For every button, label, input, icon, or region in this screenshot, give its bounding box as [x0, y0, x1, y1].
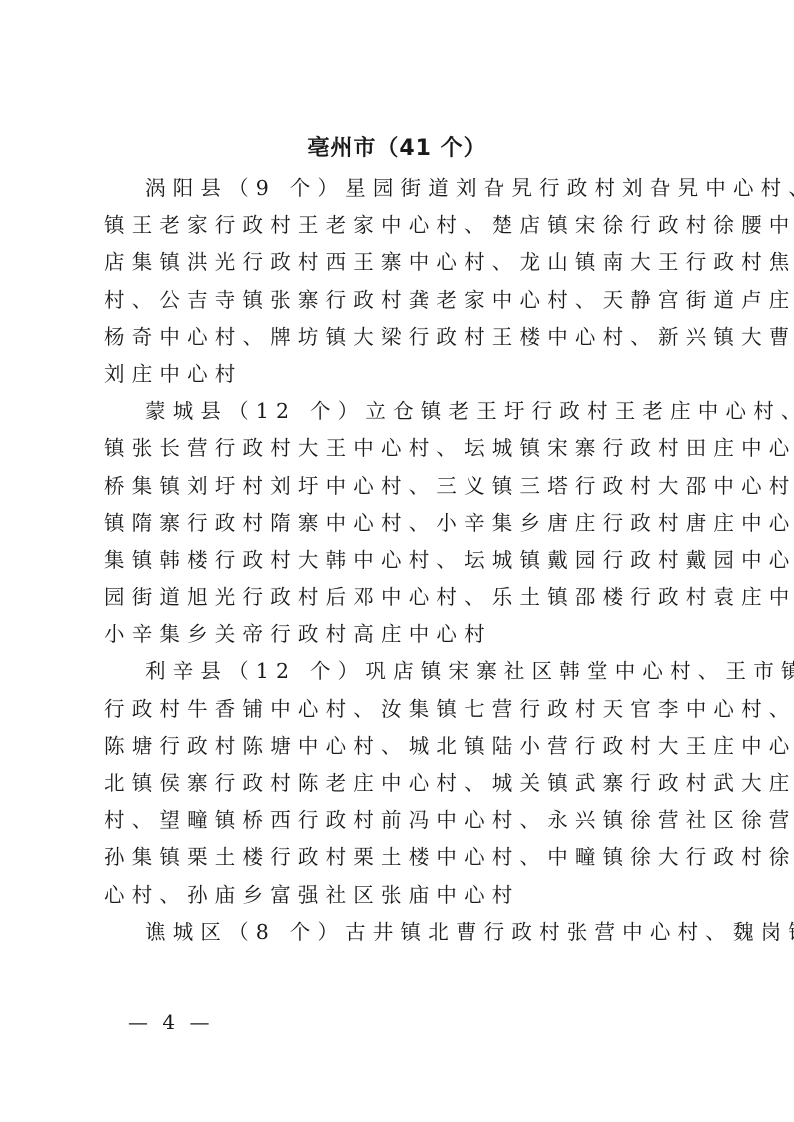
- document-page: 亳州市（41 个） 涡阳县（9 个）星园街道刘旮旯行政村刘旮旯中心村、曹市 镇王…: [0, 0, 794, 1122]
- text-line: 村、望疃镇桥西行政村前冯中心村、永兴镇徐营社区徐营中心村、: [104, 802, 699, 839]
- text-line: 镇张长营行政村大王中心村、坛城镇宋寨行政村田庄中心村、板: [104, 430, 699, 467]
- text-line: 陈塘行政村陈塘中心村、城北镇陆小营行政村大王庄中心村、城: [104, 728, 699, 765]
- text-line: 村、公吉寺镇张寨行政村龚老家中心村、天静宫街道卢庄行政村: [104, 282, 699, 319]
- text-line: 孙集镇栗土楼行政村栗土楼中心村、中疃镇徐大行政村徐大庄中: [104, 839, 699, 876]
- text-line: 镇王老家行政村王老家中心村、楚店镇宋徐行政村徐腰中心村、: [104, 207, 699, 244]
- text-line: 涡阳县（9 个）星园街道刘旮旯行政村刘旮旯中心村、曹市: [104, 170, 699, 207]
- text-line: 杨奇中心村、牌坊镇大梁行政村王楼中心村、新兴镇大曹行政村: [104, 319, 699, 356]
- text-line: 店集镇洪光行政村西王寨中心村、龙山镇南大王行政村焦园中心: [104, 244, 699, 281]
- text-line: 北镇侯寨行政村陈老庄中心村、城关镇武寨行政村武大庄中心: [104, 765, 699, 802]
- text-line: 心村、孙庙乡富强社区张庙中心村: [104, 877, 699, 914]
- text-line: 蒙城县（12 个）立仓镇老王圩行政村王老庄中心村、立仓: [104, 393, 699, 430]
- text-line: 园街道旭光行政村后邓中心村、乐土镇邵楼行政村袁庄中心村、: [104, 579, 699, 616]
- text-line: 桥集镇刘圩村刘圩中心村、三义镇三塔行政村大邵中心村、双涧: [104, 468, 699, 505]
- text-line: 刘庄中心村: [104, 356, 699, 393]
- text-line: 行政村牛香铺中心村、汝集镇七营行政村天官李中心村、胡集镇: [104, 691, 699, 728]
- body-text: 涡阳县（9 个）星园街道刘旮旯行政村刘旮旯中心村、曹市 镇王老家行政村王老家中心…: [104, 170, 699, 951]
- text-line: 镇隋寨行政村隋寨中心村、小辛集乡唐庄行政村唐庄中心村、马: [104, 505, 699, 542]
- text-line: 利辛县（12 个）巩店镇宋寨社区韩堂中心村、王市镇高寨: [104, 653, 699, 690]
- text-line: 谯城区（8 个）古井镇北曹行政村张营中心村、魏岗镇谭楼: [104, 914, 699, 951]
- page-number: — 4 —: [128, 1010, 213, 1034]
- paragraph-lixin: 利辛县（12 个）巩店镇宋寨社区韩堂中心村、王市镇高寨 行政村牛香铺中心村、汝集…: [104, 653, 699, 913]
- text-line: 小辛集乡关帝行政村高庄中心村: [104, 616, 699, 653]
- section-title: 亳州市（41 个）: [0, 134, 794, 164]
- paragraph-guoyang: 涡阳县（9 个）星园街道刘旮旯行政村刘旮旯中心村、曹市 镇王老家行政村王老家中心…: [104, 170, 699, 393]
- text-line: 集镇韩楼行政村大韩中心村、坛城镇戴园行政村戴园中心村、漆: [104, 542, 699, 579]
- paragraph-qiaocheng: 谯城区（8 个）古井镇北曹行政村张营中心村、魏岗镇谭楼: [104, 914, 699, 951]
- paragraph-mengcheng: 蒙城县（12 个）立仓镇老王圩行政村王老庄中心村、立仓 镇张长营行政村大王中心村…: [104, 393, 699, 653]
